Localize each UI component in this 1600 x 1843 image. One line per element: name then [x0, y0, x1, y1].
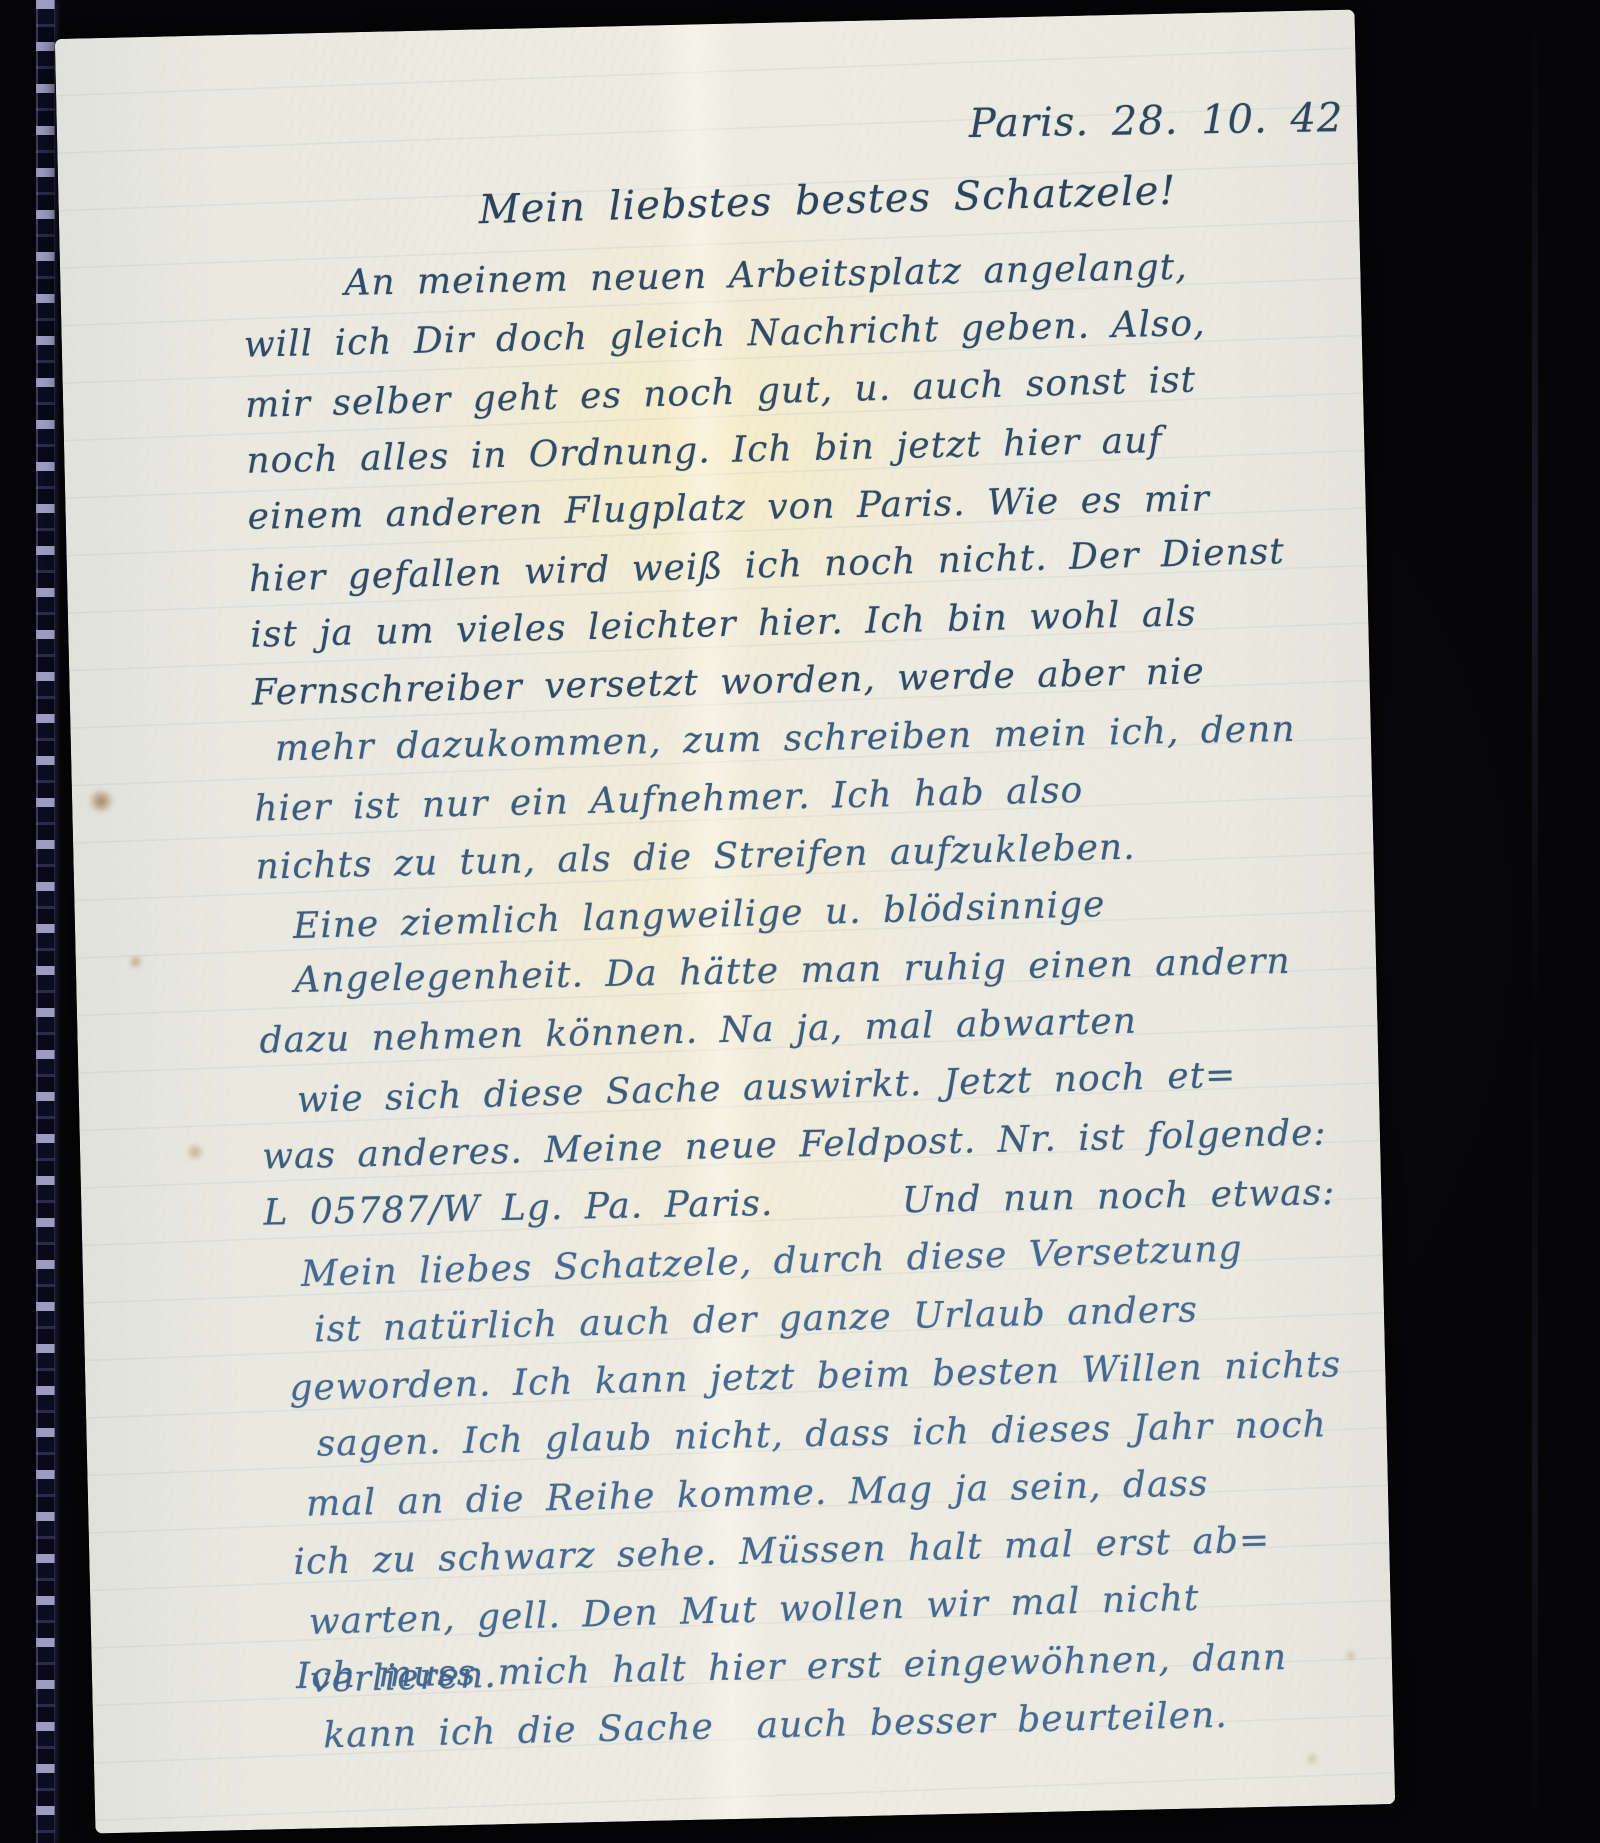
stain-mark [86, 790, 116, 813]
letter-body: An meinem neuen Arbeitsplatz angelangt, … [242, 234, 1371, 1766]
salutation: Mein liebstes bestes Schatzele! [478, 168, 1177, 233]
stain-mark [128, 955, 144, 968]
sleeve-stitch-edge [36, 0, 55, 1843]
stain-mark [1304, 1753, 1320, 1765]
letter-page: Paris. 28. 10. 42 Mein liebstes bestes S… [55, 9, 1395, 1833]
date-line: Paris. 28. 10. 42 [969, 95, 1344, 147]
stain-mark [184, 1144, 206, 1160]
photo-backdrop: Paris. 28. 10. 42 Mein liebstes bestes S… [0, 0, 1600, 1843]
sleeve-reflection [1532, 0, 1538, 1843]
